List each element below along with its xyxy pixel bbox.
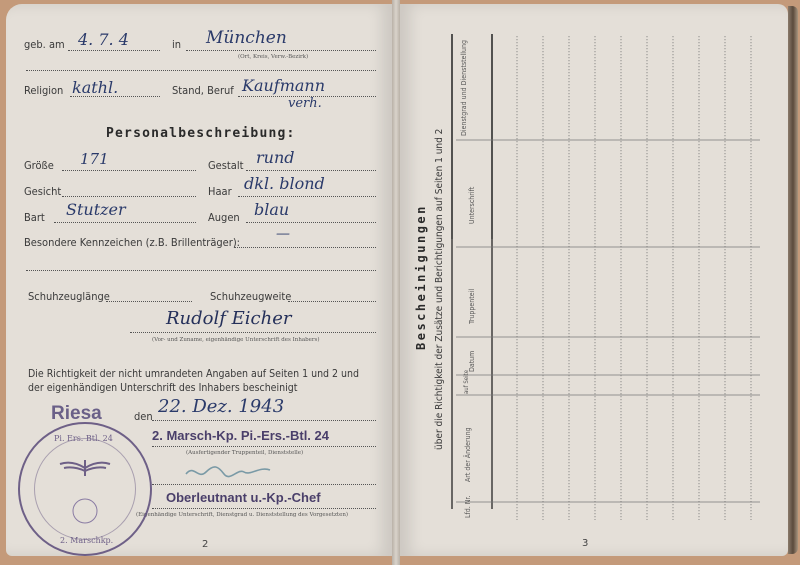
dotted-line	[152, 508, 376, 509]
hair-value: dkl. blond	[244, 174, 325, 193]
dotted-line	[68, 50, 160, 51]
beard-value: Stutzer	[66, 200, 126, 219]
hair-label: Haar	[208, 185, 232, 198]
dotted-line	[288, 301, 376, 302]
eyes-value: blau	[254, 200, 289, 219]
birth-place-hint: (Ort, Kreis, Verw.-Bezirk)	[238, 54, 308, 60]
shoe-length-label: Schuhzeuglänge	[28, 290, 110, 303]
holder-signature: Rudolf Eicher	[166, 308, 291, 329]
book-edge	[788, 6, 798, 554]
shoe-width-label: Schuhzeugweite	[210, 290, 291, 303]
eagle-emblem-icon	[58, 456, 112, 478]
column-header-page: auf Seite	[462, 370, 471, 394]
right-page: Bescheinigungen über die Richtigkeit der…	[400, 4, 788, 556]
dotted-line	[238, 196, 376, 197]
column-header-change-type: Art der Änderung	[464, 427, 473, 482]
certification-text-2: der eigenhändigen Unterschrift des Inhab…	[28, 382, 297, 394]
officer-signature-scribble	[184, 460, 274, 482]
official-seal: Pi. Ers. Btl. 24 2. Marschkp.	[18, 422, 152, 556]
special-marks-label: Besondere Kennzeichen (z.B. Brillenträge…	[24, 236, 240, 249]
page-number-right: 3	[582, 538, 588, 549]
unit-hint: (Ausfertigender Truppenteil, Dienststell…	[186, 450, 303, 456]
booklet: geb. am 4. 7. 4 in München (Ort, Kreis, …	[0, 0, 800, 565]
officer-hint: (Eigenhändige Unterschrift, Dienstgrad u…	[136, 512, 348, 518]
face-label: Gesicht	[24, 185, 61, 198]
dotted-line	[26, 270, 376, 271]
date-value: 22. Dez. 1943	[158, 396, 284, 417]
eyes-label: Augen	[208, 211, 240, 224]
unit-stamp: 2. Marsch-Kp. Pi.-Ers.-Btl. 24	[152, 428, 329, 443]
left-page: geb. am 4. 7. 4 in München (Ort, Kreis, …	[6, 4, 392, 556]
column-header-rank: Dienstgrad und Dienststellung	[460, 40, 469, 136]
rank-stamp: Oberleutnant u.-Kp.-Chef	[166, 490, 321, 505]
certification-text-1: Die Richtigkeit der nicht umrandeten Ang…	[28, 368, 359, 380]
height-label: Größe	[24, 159, 54, 172]
dotted-line	[152, 420, 376, 421]
occupation-label: Stand, Beruf	[172, 84, 234, 97]
beard-label: Bart	[24, 211, 45, 224]
birth-place-value: München	[206, 28, 287, 48]
dotted-line	[152, 484, 376, 485]
column-header-signature: Unterschrift	[468, 187, 477, 224]
religion-label: Religion	[24, 84, 63, 97]
dotted-line	[246, 222, 376, 223]
column-header-unit: Truppenteil	[468, 289, 477, 324]
dotted-line	[106, 301, 192, 302]
dotted-line	[62, 170, 196, 171]
certifications-table	[400, 4, 788, 556]
dotted-line	[186, 50, 376, 51]
book-spine	[392, 0, 400, 565]
dotted-line	[234, 247, 376, 248]
holder-signature-hint: (Vor- und Zuname, eigenhändige Unterschr…	[152, 337, 320, 343]
build-value: rund	[256, 148, 295, 167]
date-label: den	[134, 410, 153, 423]
religion-value: kathl.	[72, 78, 118, 97]
occupation-value: Kaufmann	[242, 76, 325, 95]
dotted-line	[130, 332, 376, 333]
column-header-date: Datum	[468, 351, 477, 372]
seal-bottom-text: 2. Marschkp.	[60, 536, 113, 545]
height-value: 171	[80, 150, 109, 168]
birth-date-label: geb. am	[24, 38, 65, 51]
birth-place-label: in	[172, 38, 181, 51]
dotted-line	[246, 170, 376, 171]
special-marks-value: —	[276, 226, 290, 242]
dotted-line	[62, 196, 196, 197]
dotted-line	[152, 446, 376, 447]
seal-top-text: Pi. Ers. Btl. 24	[54, 434, 113, 443]
build-label: Gestalt	[208, 159, 244, 172]
page-number-left: 2	[202, 539, 208, 550]
wreath-emblem-icon	[70, 496, 100, 526]
birth-date-value: 4. 7. 4	[78, 30, 129, 49]
column-header-number: Lfd. Nr.	[464, 496, 473, 518]
personal-description-heading: Personalbeschreibung:	[106, 126, 296, 141]
marital-status-value: verh.	[288, 96, 322, 111]
dotted-line	[54, 222, 196, 223]
dotted-line	[26, 70, 376, 71]
